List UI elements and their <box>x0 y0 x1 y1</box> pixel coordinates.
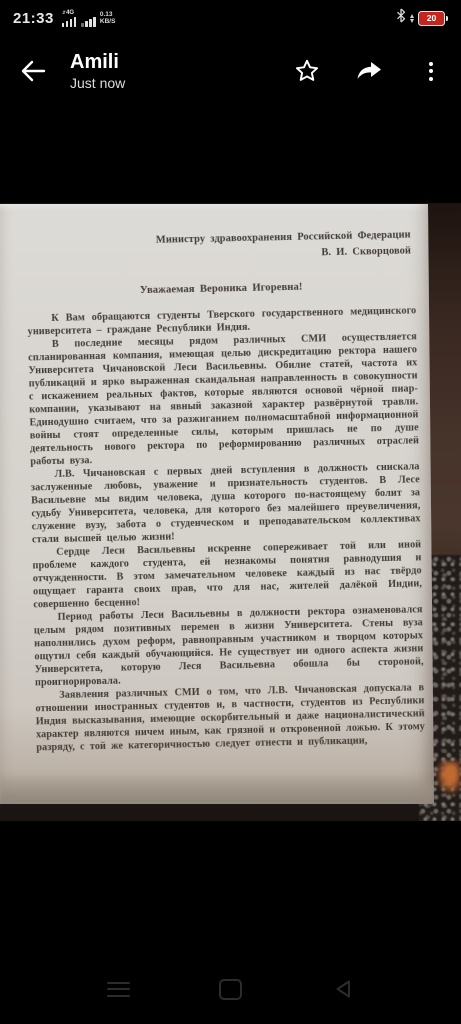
background-fabric-accent <box>436 761 460 795</box>
letter-recipient: Министру здравоохранения Российской Феде… <box>26 227 416 267</box>
photo-bottom-blur <box>0 774 434 804</box>
network-speed: 0.13 KB/S <box>100 11 116 25</box>
message-timestamp: Just now <box>70 74 125 93</box>
transfer-arrows-icon <box>410 14 414 23</box>
recents-button[interactable] <box>106 976 132 1002</box>
nav-back-icon <box>334 979 352 999</box>
letter-paragraph: Сердце Леси Васильевны искренне сопережи… <box>32 538 422 611</box>
letter-paragraph: Заявления различных СМИ о том, что Л.В. … <box>35 681 425 754</box>
battery-percent: 20 <box>427 13 436 23</box>
data-arrows-icon: ⇵ <box>62 11 65 16</box>
status-bar: 21:33 ⇵ 4G 0.13 KB/S 20 <box>0 0 461 36</box>
letter-salutation: Уважаемая Вероника Игоревна! <box>27 278 416 299</box>
letter-paragraph: Период работы Леси Васильевны в должност… <box>33 603 424 689</box>
home-button[interactable] <box>218 976 244 1002</box>
back-arrow-icon <box>20 60 46 82</box>
back-button[interactable] <box>16 54 50 88</box>
forward-arrow-icon <box>355 59 383 83</box>
network-type-badge: 4G <box>66 10 74 16</box>
forward-button[interactable] <box>355 57 383 85</box>
nav-back-button[interactable] <box>330 976 356 1002</box>
signal-sim1-icon: ⇵ 4G <box>62 10 77 27</box>
letter-paper: Министру здравоохранения Российской Феде… <box>0 204 434 804</box>
signal-sim2-icon <box>81 10 96 27</box>
star-icon <box>294 58 320 84</box>
letter-text: Министру здравоохранения Российской Феде… <box>25 203 425 754</box>
bluetooth-icon <box>396 8 406 28</box>
battery-icon: 20 <box>418 11 448 26</box>
android-nav-bar <box>0 954 461 1024</box>
kebab-menu-icon <box>429 62 433 81</box>
letter-paragraph: В последние месяцы рядом различных СМИ о… <box>28 330 420 468</box>
sender-name: Amili <box>70 50 125 74</box>
letter-paragraph: Л.В. Чичановская с первых дней вступлени… <box>30 460 421 546</box>
star-button[interactable] <box>293 57 321 85</box>
menu-button[interactable] <box>417 57 445 85</box>
home-icon <box>219 979 242 1000</box>
clock: 21:33 <box>13 10 54 27</box>
media-viewer-header: Amili Just now <box>0 36 461 106</box>
network-status: ⇵ 4G <box>62 10 96 27</box>
recents-icon <box>107 982 130 997</box>
photo-view[interactable]: Министру здравоохранения Российской Феде… <box>0 203 461 821</box>
